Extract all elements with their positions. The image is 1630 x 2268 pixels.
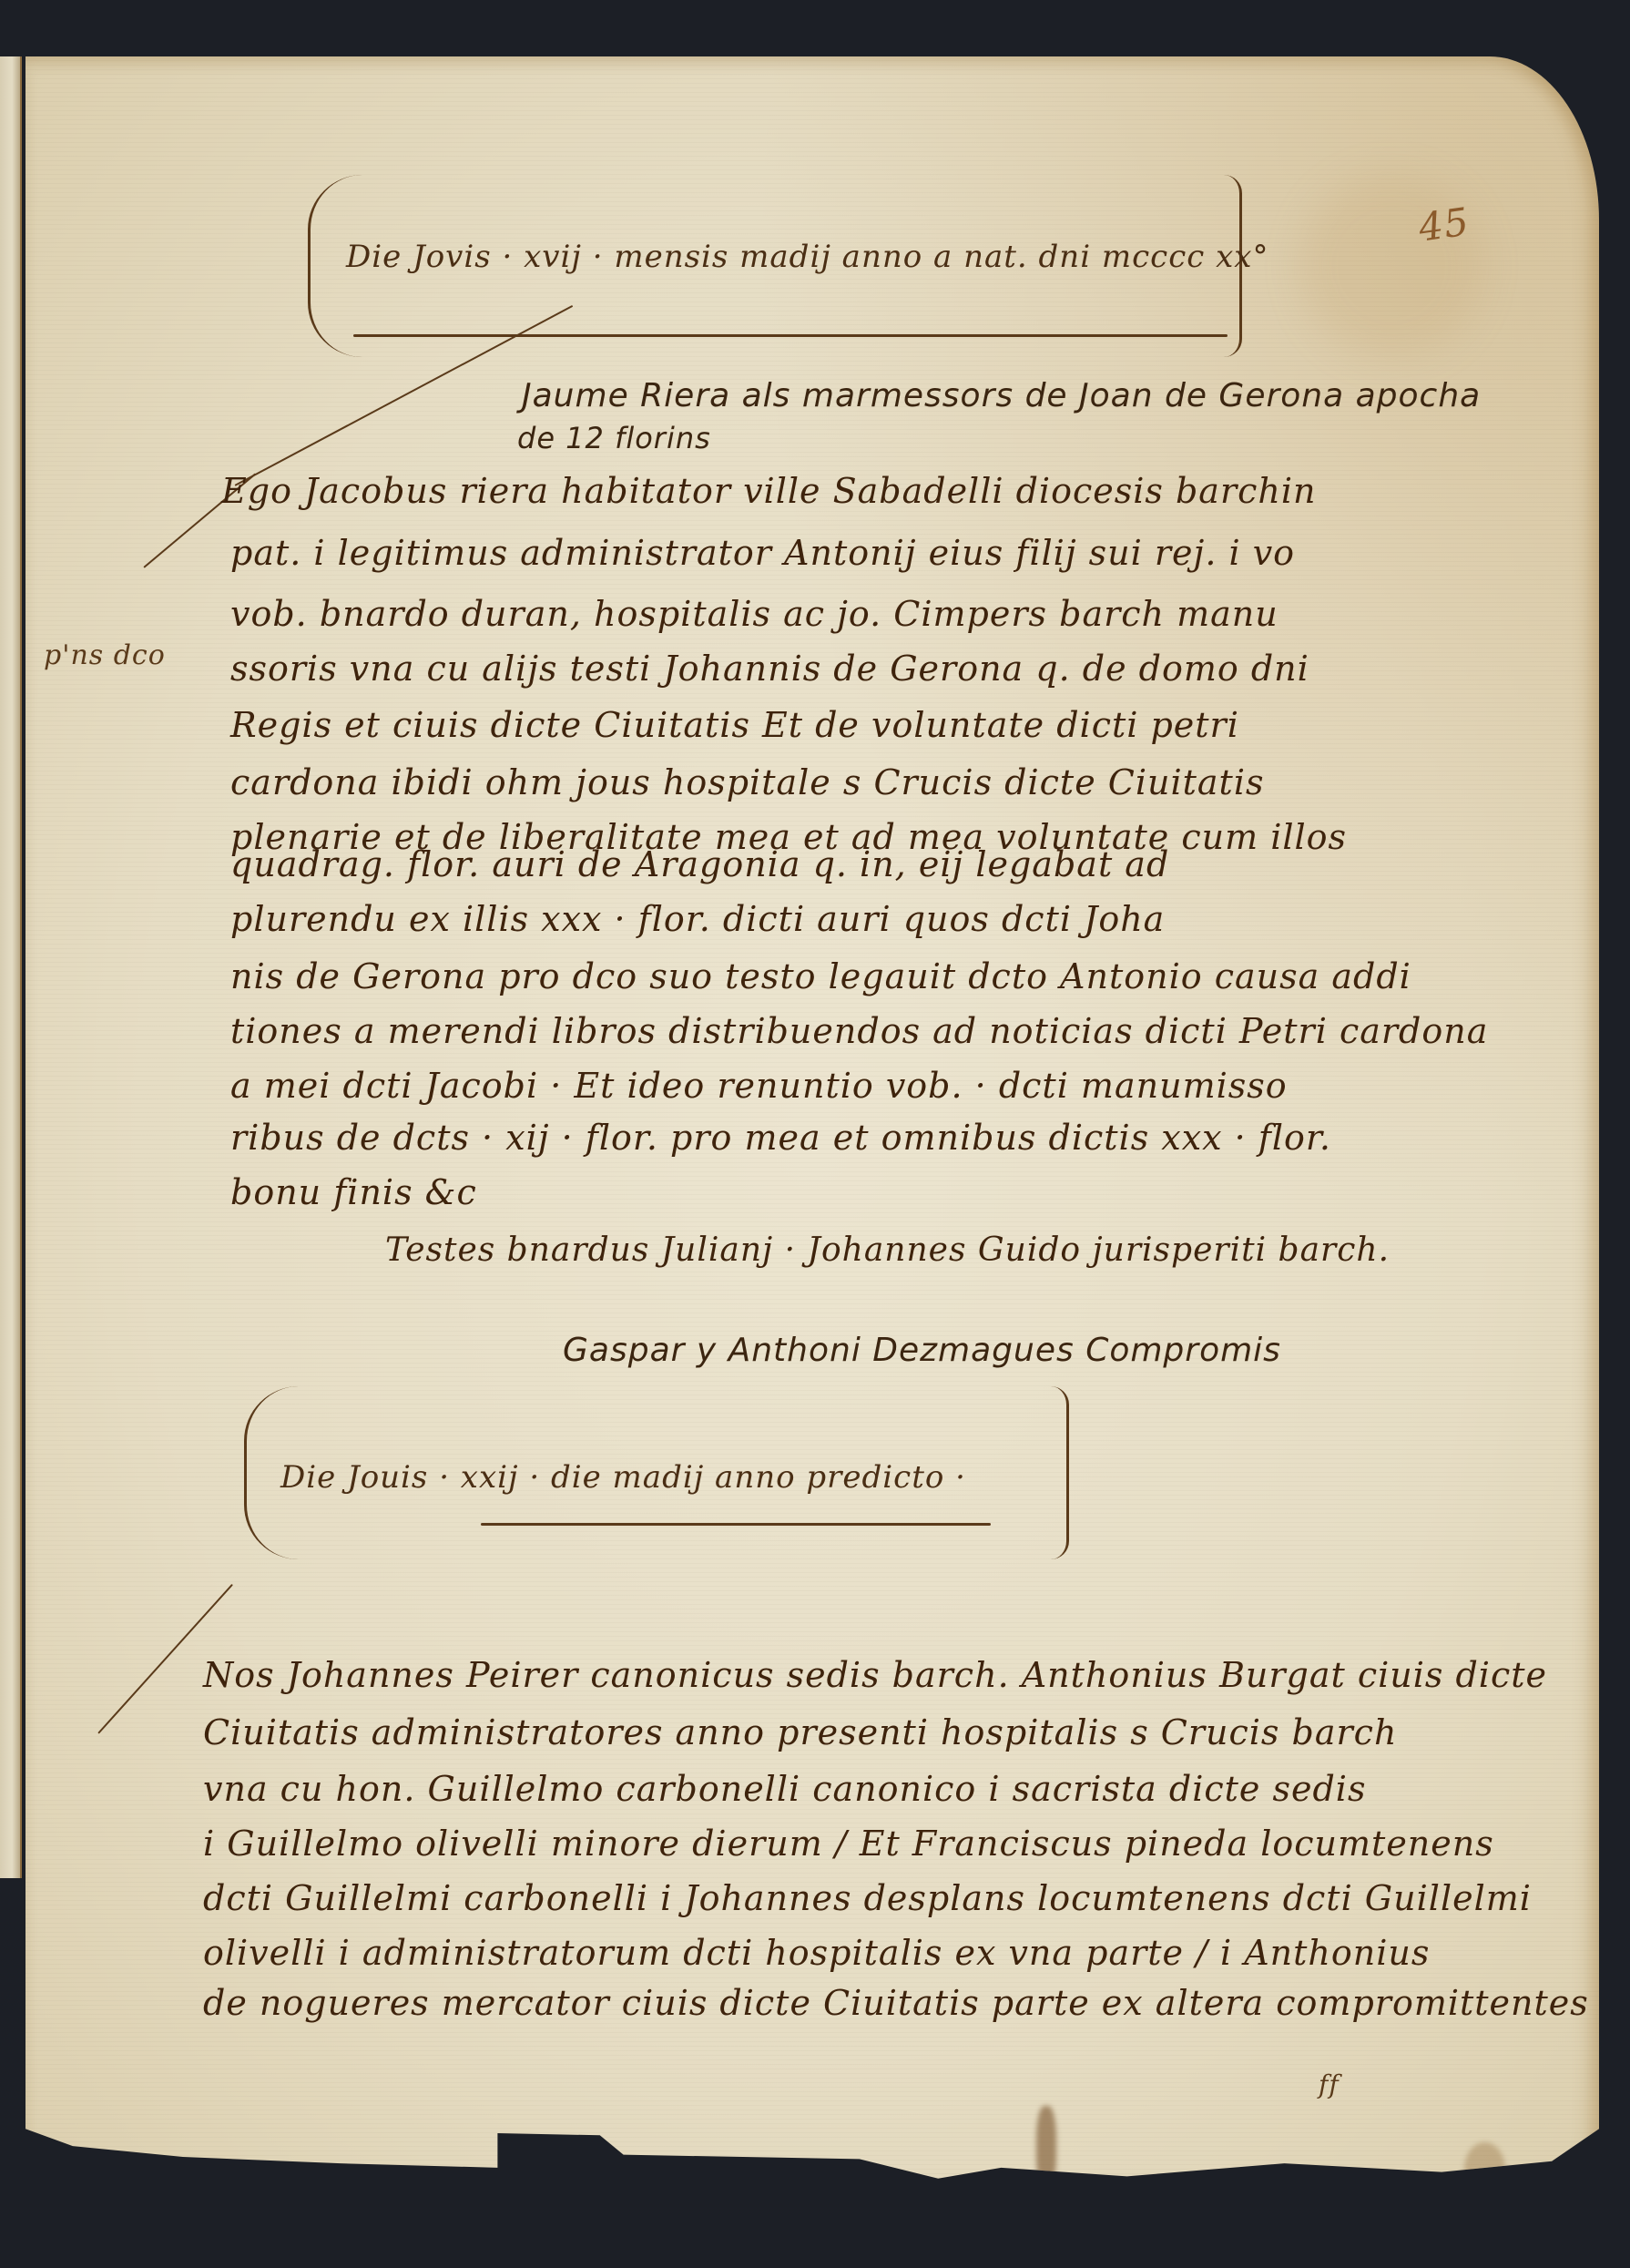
entry-1-line: plurendu ex illis xxx · flor. dicti auri…	[230, 899, 1165, 939]
entry-1-line: nis de Gerona pro dco suo testo legauit …	[230, 956, 1411, 996]
ink-stain	[982, 2197, 1018, 2233]
entry-2-line: olivelli i administratorum dcti hospital…	[203, 1933, 1430, 1973]
entry-2-line: de nogueres mercator ciuis dicte Ciuitat…	[203, 1983, 1589, 2023]
ink-stain	[1036, 2106, 1056, 2188]
entry-2-line: vna cu hon. Guillelmo carbonelli canonic…	[203, 1769, 1366, 1809]
ink-stain	[1464, 2142, 1505, 2197]
entry-1-title: Jaume Riera als marmessors de Joan de Ge…	[522, 377, 1481, 414]
entry-1-line: a mei dcti Jacobi · Et ideo renuntio vob…	[230, 1066, 1288, 1106]
entry-1-line: quadrag. flor. auri de Aragonia q. in, e…	[230, 844, 1169, 884]
entry-2-line: Nos Johannes Peirer canonicus sedis barc…	[203, 1655, 1547, 1695]
manuscript-folio: 45 Die Jovis · xvij · mensis madij anno …	[25, 56, 1599, 2215]
entry-1-line: bonu finis &c	[230, 1172, 477, 1212]
entry-1-margin-note: p'ns dco	[44, 639, 166, 671]
entry-1-line: tiones a merendi libros distribuendos ad…	[230, 1011, 1488, 1051]
entry-1-line: ssoris vna cu alijs testi Johannis de Ge…	[230, 649, 1309, 689]
entry-1-line: ribus de dcts · xij · flor. pro mea et o…	[230, 1118, 1331, 1158]
folio-number: 45	[1416, 199, 1472, 250]
entry-1-compromis-note: Gaspar y Anthoni Dezmagues Compromis	[563, 1332, 1281, 1369]
header-underline	[481, 1523, 991, 1526]
entry-2-date-header: Die Jouis · xxij · die madij anno predic…	[280, 1459, 966, 1496]
entry-1-line: Regis et ciuis dicte Ciuitatis Et de vol…	[230, 705, 1239, 745]
entry-2-line: Ciuitatis administratores anno presenti …	[203, 1712, 1397, 1752]
entry-1-title-line2: de 12 florins	[517, 421, 711, 455]
entry-2-line: i Guillelmo olivelli minore dierum / Et …	[203, 1824, 1494, 1864]
entry-1-line: Ego Jacobus riera habitator ville Sabade…	[221, 471, 1317, 511]
entry-1-line: pat. i legitimus administrator Antonij e…	[230, 533, 1295, 573]
entry-1-line: vob. bnardo duran, hospitalis ac jo. Cim…	[230, 594, 1279, 634]
previous-leaf-edge	[0, 56, 22, 1878]
entry-1-date-header: Die Jovis · xvij · mensis madij anno a n…	[346, 239, 1268, 275]
entry-2-line: dcti Guillelmi carbonelli i Johannes des…	[203, 1878, 1532, 1918]
footer-mark: ff	[1319, 2069, 1340, 2099]
entry-1-line: cardona ibidi ohm jous hospitale s Cruci…	[230, 762, 1264, 802]
header-underline	[353, 334, 1228, 337]
entry-1-witnesses: Testes bnardus Julianj · Johannes Guido …	[385, 1231, 1390, 1269]
